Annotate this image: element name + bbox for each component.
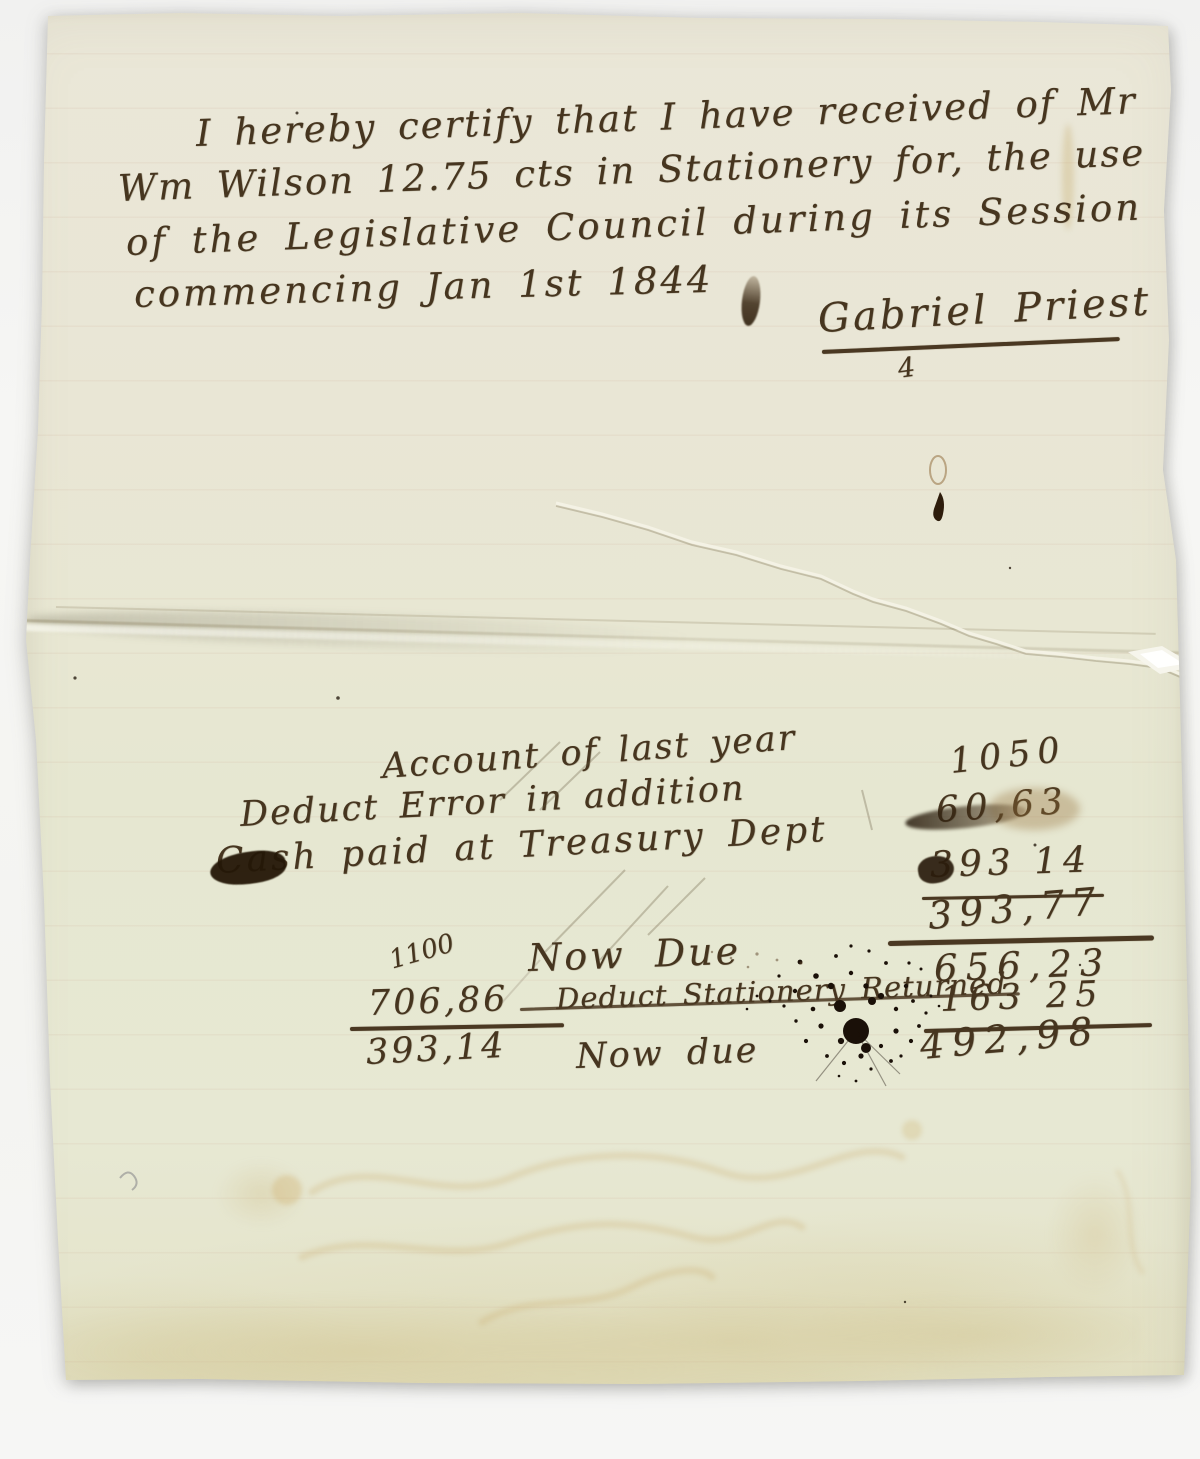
paper-sheet: I hereby certify that I have received of… (0, 0, 1200, 1459)
paper-surface: I hereby certify that I have received of… (0, 0, 1200, 1459)
paper-tear (0, 0, 1200, 1459)
scanned-document: I hereby certify that I have received of… (0, 0, 1200, 1459)
